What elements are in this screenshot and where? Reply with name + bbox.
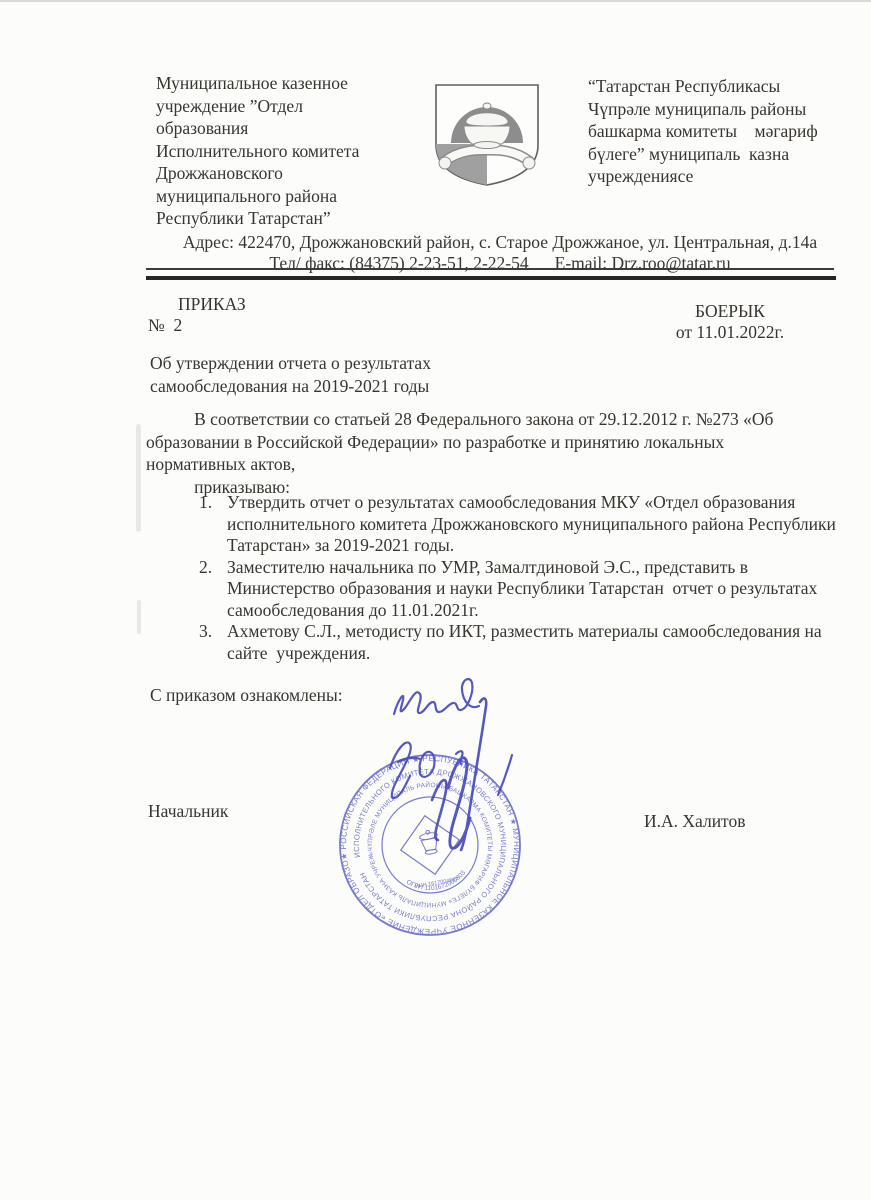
signature-stroke <box>390 742 463 798</box>
pot-knob <box>483 103 491 109</box>
item-number: 2. <box>199 557 227 622</box>
signature-ink <box>360 648 540 880</box>
address-line: Адрес: 422470, Дрожжановский район, с. С… <box>150 231 850 254</box>
order-item: 2. Заместителю начальника по УМР, Замалт… <box>199 557 867 622</box>
item-number: 1. <box>199 492 227 557</box>
signer-name: И.А. Халитов <box>644 810 746 833</box>
signature-stroke <box>432 780 446 840</box>
scanned-order-document: Муниципальное казенное учреждение ”Отдел… <box>0 0 871 1200</box>
org-name-russian: Муниципальное казенное учреждение ”Отдел… <box>156 72 414 230</box>
order-subject: Об утверждении отчета о результатах само… <box>150 352 431 397</box>
order-preamble: В соответствии со статьей 28 Федеральног… <box>146 408 836 498</box>
item-text: Утвердить отчет о результатах самообслед… <box>227 492 867 557</box>
order-number: № 2 <box>148 314 182 337</box>
email: E-mail: Drz.roo@tatar.ru <box>555 253 731 273</box>
scan-edge-artifact <box>0 0 871 2</box>
order-date: от 11.01.2022г. <box>645 321 815 344</box>
yoke-end-left <box>439 157 451 169</box>
order-title-ru: ПРИКАЗ <box>178 293 246 316</box>
order-items: 1. Утвердить отчет о результатах самообс… <box>199 492 867 664</box>
item-text: Ахметову С.Л., методисту по ИКТ, размест… <box>227 621 867 664</box>
district-coat-of-arms <box>431 81 543 187</box>
divider-thin <box>146 268 834 270</box>
pot-base <box>474 142 500 149</box>
yoke-end-right <box>523 157 535 169</box>
phone-fax: Тел/ факс: (84375) 2-23-51, 2-22-54 <box>269 253 528 273</box>
org-name-tatar: “Татарстан Республикасы Чүпрәле муниципа… <box>588 75 858 188</box>
acknowledged-label: С приказом ознакомлены: <box>150 684 343 707</box>
scan-smudge <box>137 600 141 634</box>
order-title-tt: БОЕРЫК <box>645 300 815 323</box>
order-item: 1. Утвердить отчет о результатах самообс… <box>199 492 867 557</box>
signer-position: Начальник <box>148 800 228 823</box>
item-text: Заместителю начальника по УМР, Замалтдин… <box>227 557 867 622</box>
signature-stroke <box>394 679 479 714</box>
item-number: 3. <box>199 621 227 664</box>
contacts-line: Тел/ факс: (84375) 2-23-51, 2-22-54E-mai… <box>150 252 850 275</box>
signature-stroke <box>498 755 512 795</box>
divider-thick <box>146 276 836 280</box>
scan-smudge <box>136 424 141 532</box>
